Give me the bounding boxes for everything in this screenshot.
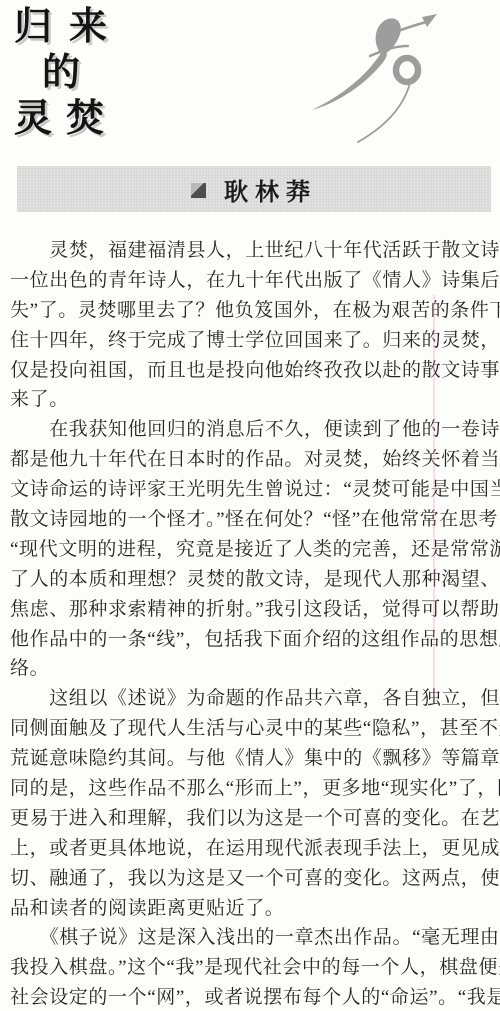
text-line: 在我获知他回归的消息后不久，便读到了他的一卷诗稿，	[10, 415, 494, 445]
title-line-1: 归来	[14, 4, 124, 50]
title-line-3: 灵焚	[14, 96, 124, 142]
page-title: 归来 的 灵焚	[14, 4, 124, 142]
text-line: “现代文明的进程，究竟是接近了人类的完善，还是常常游离	[10, 535, 494, 565]
text-line: 散文诗园地的一个怪才。”怪在何处？“怪”在他常常在思考：	[10, 505, 494, 535]
text-line: 灵焚，福建福清县人，上世纪八十年代活跃于散文诗界的	[10, 236, 494, 266]
text-line: 来了。	[10, 385, 494, 415]
text-line: 品和读者的阅读距离更贴近了。	[10, 894, 494, 924]
text-line: 住十四年，终于完成了博士学位回国来了。归来的灵焚，不仅	[10, 326, 494, 356]
text-line: 了人的本质和理想？灵焚的散文诗，是现代人那种渴望、那种	[10, 565, 494, 595]
scan-artifact-line	[433, 295, 435, 700]
text-line: 都是他九十年代在日本时的作品。对灵焚，始终关怀着当代散	[10, 445, 494, 475]
text-line: 这组以《述说》为命题的作品共六章，各自独立，但均从不	[10, 684, 494, 714]
text-line: 络。	[10, 654, 494, 684]
text-line: 荒诞意味隐约其间。与他《情人》集中的《飘移》等篇章略有不	[10, 744, 494, 774]
text-line: 我投入棋盘。”这个“我”是现代社会中的每一个人，棋盘便是	[10, 953, 494, 983]
article-body: 灵焚，福建福清县人，上世纪八十年代活跃于散文诗界的一位出色的青年诗人，在九十年代…	[10, 236, 494, 1011]
text-line: 《棋子说》这是深入浅出的一章杰出作品。“毫无理由地把	[10, 923, 494, 953]
byline-square-icon	[191, 183, 206, 198]
calligraphy-signature-icon	[300, 8, 485, 150]
text-line: 焦虑、那种求索精神的折射。”我引这段话，觉得可以帮助理解	[10, 595, 494, 625]
text-line: 失”了。灵焚哪里去了？他负笈国外，在极为艰苦的条件下，一	[10, 296, 494, 326]
byline-author: 耿林莽	[217, 172, 317, 207]
text-line: 同侧面触及了现代人生活与心灵中的某些“隐私”，甚至不无	[10, 714, 494, 744]
text-line: 上，或者更具体地说，在运用现代派表现手法上，更见成熟、恰	[10, 834, 494, 864]
text-line: 文诗命运的诗评家王光明先生曾说过：“灵焚可能是中国当代	[10, 475, 494, 505]
text-line: 同的是，这些作品不那么“形而上”，更多地“现实化”了，因而	[10, 774, 494, 804]
text-line: 他作品中的一条“线”，包括我下面介绍的这组作品的思想脉	[10, 625, 494, 655]
text-line: 切、融通了，我以为这是又一个可喜的变化。这两点，使他的作	[10, 864, 494, 894]
title-line-2: 的	[42, 50, 124, 96]
byline-bar: 耿林莽	[17, 166, 491, 212]
text-line: 社会设定的一个“网”，或者说摆布每个人的“命运”。“我是自	[10, 983, 494, 1011]
text-line: 一位出色的青年诗人，在九十年代出版了《情人》诗集后便“消	[10, 266, 494, 296]
text-line: 更易于进入和理解，我们以为这是一个可喜的变化。在艺术	[10, 804, 494, 834]
text-line: 仅是投向祖国，而且也是投向他始终孜孜以赴的散文诗事业	[10, 356, 494, 386]
